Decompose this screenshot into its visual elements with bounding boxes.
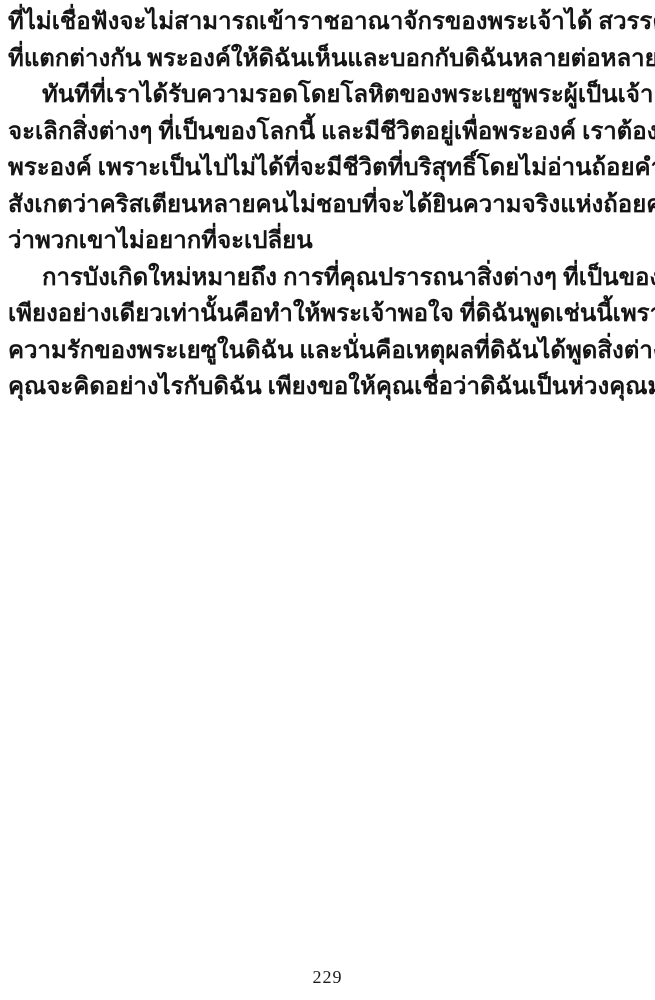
text-line: การบังเกิดใหม่หมายถึง การที่คุณปรารถนาสิ… — [8, 260, 648, 297]
text-line: สังเกตว่าคริสเตียนหลายคนไม่ชอบที่จะได้ยิ… — [8, 187, 648, 224]
text-line: จะเลิกสิ่งต่างๆ ที่เป็นของโลกนี้ และมีชี… — [8, 114, 648, 151]
text-line: ที่ไม่เชื่อฟังจะไม่สามารถเข้าราชอาณาจักร… — [8, 4, 648, 41]
text-line: ว่าพวกเขาไม่อยากที่จะเปลี่ยน — [8, 223, 648, 260]
text-line: เพียงอย่างเดียวเท่านั้นคือทำให้พระเจ้าพอ… — [8, 296, 648, 333]
text-line: ความรักของพระเยซูในดิฉัน และนั่นคือเหตุผ… — [8, 333, 648, 370]
page-number: 229 — [0, 967, 655, 988]
text-line: คุณจะคิดอย่างไรกับดิฉัน เพียงขอให้คุณเชื… — [8, 369, 648, 406]
document-page: ที่ไม่เชื่อฟังจะไม่สามารถเข้าราชอาณาจักร… — [0, 0, 655, 1000]
text-line: ทันทีที่เราได้รับความรอดโดยโลหิตของพระเย… — [8, 77, 648, 114]
text-line: พระองค์ เพราะเป็นไปไม่ได้ที่จะมีชีวิตที่… — [8, 150, 648, 187]
text-line: ที่แตกต่างกัน พระองค์ให้ดิฉันเห็นและบอกก… — [8, 41, 648, 78]
text-block: ที่ไม่เชื่อฟังจะไม่สามารถเข้าราชอาณาจักร… — [8, 4, 648, 406]
